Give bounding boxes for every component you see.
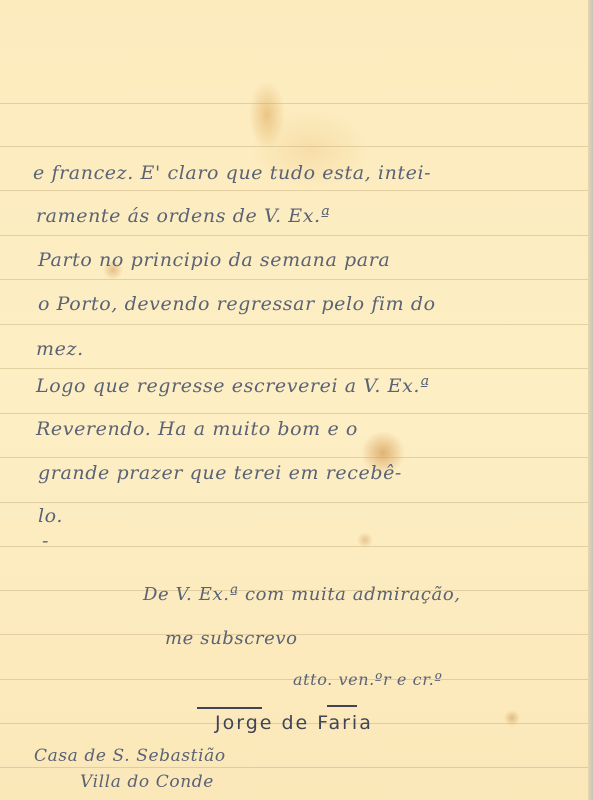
body-line-2: ramente ás ordens de V. Ex.ª: [36, 205, 330, 227]
ruled-line: [0, 457, 588, 458]
body-line-6: Logo que regresse escreverei a V. Ex.ª: [36, 375, 430, 397]
body-line-9: lo.: [38, 505, 63, 527]
body-line-7: Reverendo. Ha a muito bom e o: [36, 418, 358, 440]
closing-line-1: De V. Ex.ª com muita admiração,: [143, 584, 461, 605]
body-line-3: Parto no principio da semana para: [38, 249, 390, 271]
paper-edge: [588, 0, 593, 800]
body-line-1: e francez. E' claro que tudo esta, intei…: [33, 162, 431, 184]
ruled-line: [0, 546, 588, 547]
signature-stroke: [197, 707, 262, 709]
body-line-8: grande prazer que terei em recebê-: [38, 462, 402, 484]
closing-line-3: atto. ven.ºr e cr.º: [293, 670, 443, 689]
closing-line-2: me subscrevo: [165, 628, 298, 649]
signature-stroke: [327, 705, 357, 707]
ruled-line: [0, 413, 588, 414]
body-line-5: mez.: [36, 338, 84, 360]
ruled-line: [0, 103, 588, 104]
ruled-line: [0, 146, 588, 147]
ruled-line: [0, 368, 588, 369]
body-line-4: o Porto, devendo regressar pelo fim do: [38, 293, 436, 315]
address-line-1: Casa de S. Sebastião: [34, 746, 226, 766]
letter-page: e francez. E' claro que tudo esta, intei…: [0, 0, 593, 800]
ruled-line: [0, 324, 588, 325]
address-line-2: Villa do Conde: [80, 772, 214, 792]
ruled-line: [0, 190, 588, 191]
ruled-line: [0, 235, 588, 236]
ruled-line: [0, 767, 588, 768]
ruled-line: [0, 279, 588, 280]
ruled-line: [0, 502, 588, 503]
body-line-10: -: [42, 530, 49, 552]
signature: Jorge de Faria: [215, 712, 373, 734]
